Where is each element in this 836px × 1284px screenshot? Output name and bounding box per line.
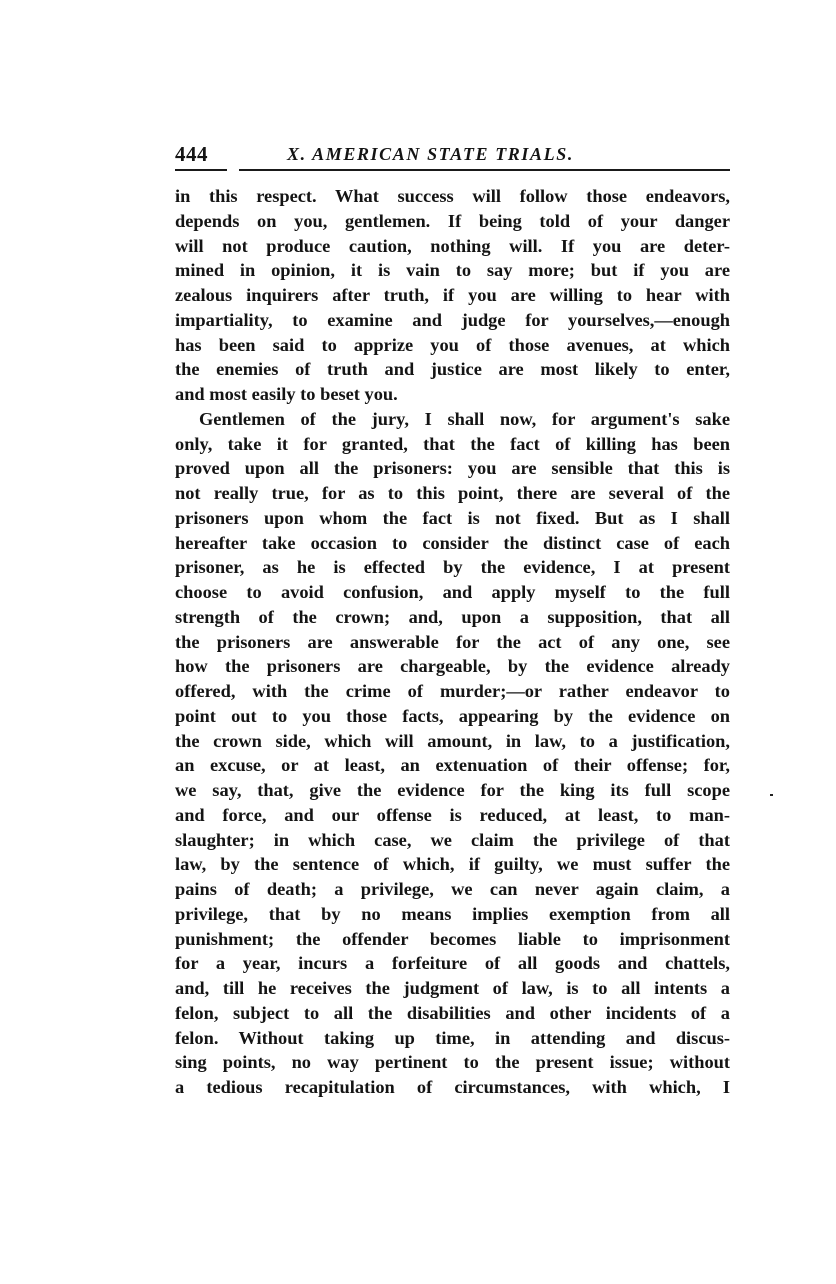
text-line: hereafter take occasion to consider the … bbox=[175, 531, 730, 556]
text-line: not really true, for as to this point, t… bbox=[175, 481, 730, 506]
text-line: and, till he receives the judgment of la… bbox=[175, 976, 730, 1001]
text-line: an excuse, or at least, an extenuation o… bbox=[175, 753, 730, 778]
text-line: pains of death; a privilege, we can neve… bbox=[175, 877, 730, 902]
paragraph-1: in this respect. What success will follo… bbox=[175, 184, 730, 407]
text-line: mined in opinion, it is vain to say more… bbox=[175, 258, 730, 283]
text-line: punishment; the offender becomes liable … bbox=[175, 927, 730, 952]
text-line: felon, subject to all the disabilities a… bbox=[175, 1001, 730, 1026]
text-line: choose to avoid confusion, and apply mys… bbox=[175, 580, 730, 605]
book-page: 444 X. AMERICAN STATE TRIALS. in this re… bbox=[0, 0, 836, 1284]
text-line: impartiality, to examine and judge for y… bbox=[175, 308, 730, 333]
text-line: slaughter; in which case, we claim the p… bbox=[175, 828, 730, 853]
header-rule-break bbox=[227, 167, 239, 172]
paragraph-2: Gentlemen of the jury, I shall now, for … bbox=[175, 407, 730, 1100]
text-line: how the prisoners are chargeable, by the… bbox=[175, 654, 730, 679]
header-rule bbox=[175, 169, 730, 171]
text-line: and most easily to beset you. bbox=[175, 382, 730, 407]
text-line: zealous inquirers after truth, if you ar… bbox=[175, 283, 730, 308]
text-line: prisoner, as he is effected by the evide… bbox=[175, 555, 730, 580]
text-line: law, by the sentence of which, if guilty… bbox=[175, 852, 730, 877]
text-line: for a year, incurs a forfeiture of all g… bbox=[175, 951, 730, 976]
text-line: privilege, that by no means implies exem… bbox=[175, 902, 730, 927]
text-line: we say, that, give the evidence for the … bbox=[175, 778, 730, 803]
text-line: strength of the crown; and, upon a suppo… bbox=[175, 605, 730, 630]
running-head: 444 X. AMERICAN STATE TRIALS. bbox=[175, 141, 730, 167]
text-line: sing points, no way pertinent to the pre… bbox=[175, 1050, 730, 1075]
text-line: proved upon all the prisoners: you are s… bbox=[175, 456, 730, 481]
text-line: a tedious recapitulation of circumstance… bbox=[175, 1075, 730, 1100]
body-text: in this respect. What success will follo… bbox=[175, 184, 730, 1100]
text-line: offered, with the crime of murder;—or ra… bbox=[175, 679, 730, 704]
text-line: and force, and our offense is reduced, a… bbox=[175, 803, 730, 828]
running-title: X. AMERICAN STATE TRIALS. bbox=[287, 141, 574, 167]
text-line: point out to you those facts, appearing … bbox=[175, 704, 730, 729]
text-line: prisoners upon whom the fact is not fixe… bbox=[175, 506, 730, 531]
text-line: Gentlemen of the jury, I shall now, for … bbox=[175, 407, 730, 432]
text-line: only, take it for granted, that the fact… bbox=[175, 432, 730, 457]
scan-speck bbox=[770, 794, 773, 796]
text-line: will not produce caution, nothing will. … bbox=[175, 234, 730, 259]
page-number: 444 bbox=[175, 141, 208, 167]
text-line: the enemies of truth and justice are mos… bbox=[175, 357, 730, 382]
text-line: felon. Without taking up time, in attend… bbox=[175, 1026, 730, 1051]
text-line: the crown side, which will amount, in la… bbox=[175, 729, 730, 754]
text-line: has been said to apprize you of those av… bbox=[175, 333, 730, 358]
text-line: the prisoners are answerable for the act… bbox=[175, 630, 730, 655]
text-line: in this respect. What success will follo… bbox=[175, 184, 730, 209]
text-line: depends on you, gentlemen. If being told… bbox=[175, 209, 730, 234]
